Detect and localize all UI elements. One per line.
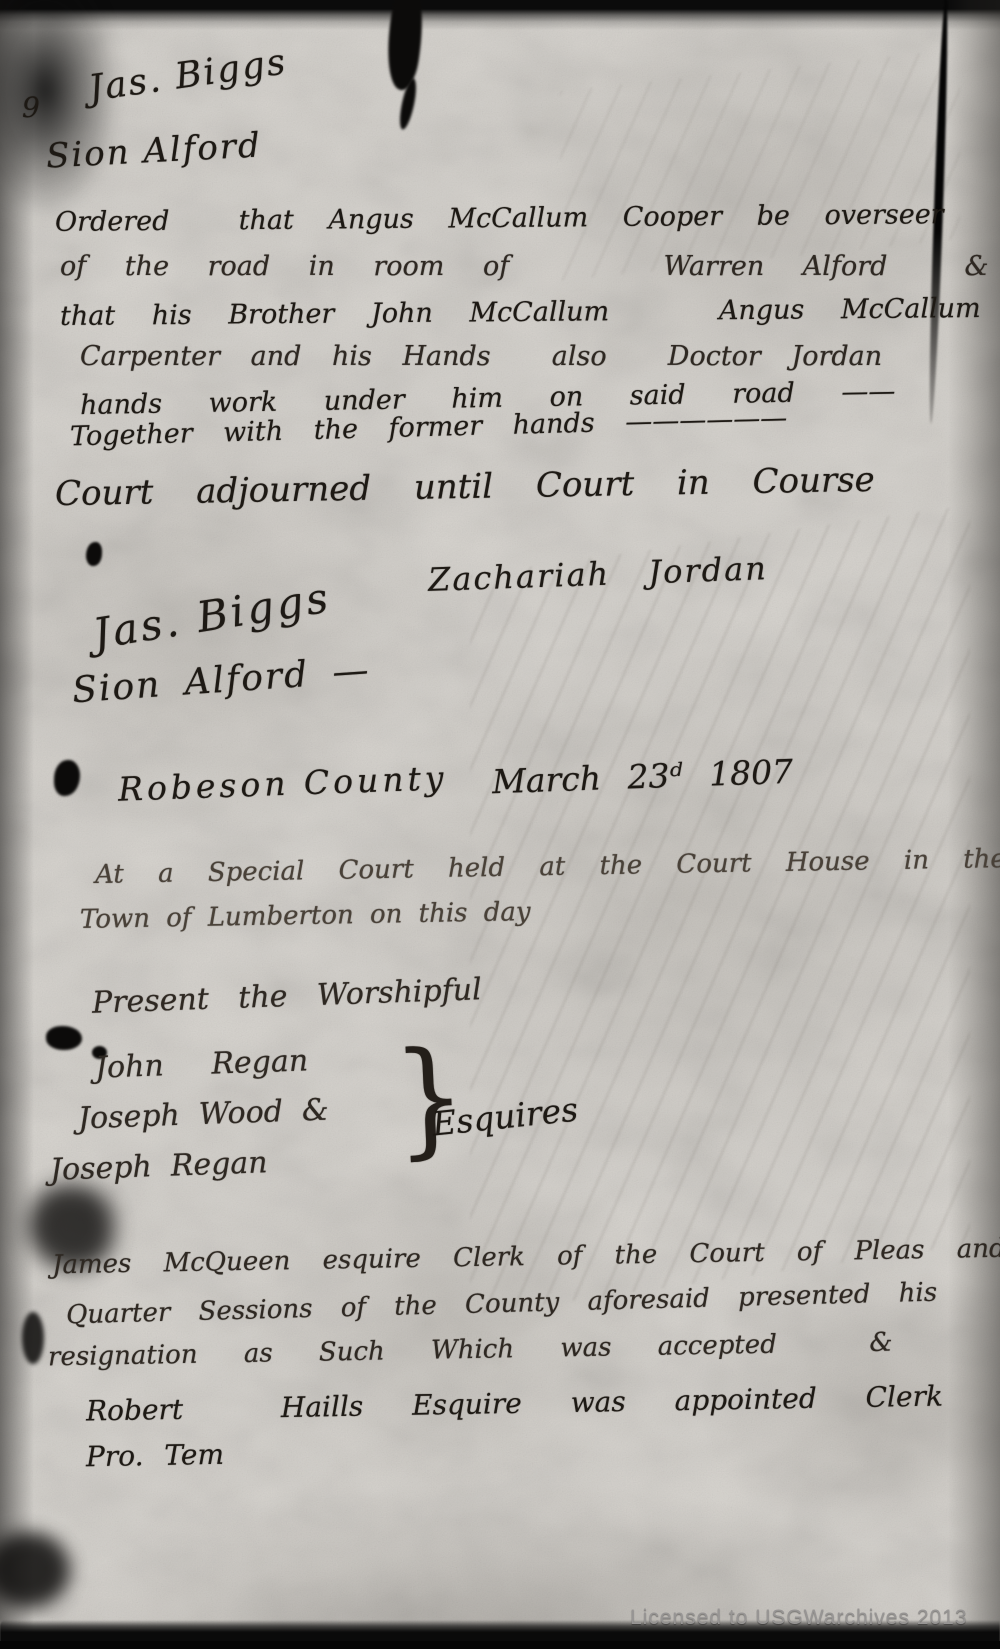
justice-name: John Regan [94, 1044, 308, 1086]
clerk-resignation-line: Quarter Sessions of the County aforesaid… [66, 1279, 938, 1332]
clerk-resignation-line: James McQueen esquire Clerk of the Court… [52, 1235, 1000, 1282]
esquires-brace: } [391, 1033, 468, 1162]
margin-mark: 9 [22, 92, 40, 124]
ink-spot [54, 760, 80, 796]
signature-biggs: Jas. Biggs [90, 574, 334, 659]
order-line: Ordered that Angus McCallum Cooper be ov… [55, 199, 944, 238]
top-signature-alford: Sion Alford [45, 126, 263, 176]
justice-name: Joseph Regan [49, 1146, 268, 1188]
present-line: Present the Worshipful [92, 973, 483, 1021]
scan-corner-shadow [0, 0, 120, 220]
signature-alford: Sion Alford — [71, 650, 372, 712]
bleedthrough-ghost-writing [470, 505, 970, 1315]
bleedthrough-ghost-writing [560, 49, 960, 281]
county-heading: Robeson County [117, 759, 448, 808]
ink-spot [46, 1026, 82, 1050]
court-session-line: Town of Lumberton on this day [80, 898, 531, 936]
scan-edge-top [0, 0, 1000, 30]
ink-spot [86, 542, 102, 566]
clerk-resignation-line: resignation as Such Which was accepted & [48, 1329, 893, 1374]
clerk-appointment-line: Pro. Tem [86, 1439, 225, 1474]
ink-blot-tail [397, 77, 420, 130]
scanned-document-page: 9 Jas. Biggs Sion Alford Ordered that An… [0, 0, 1000, 1649]
usgwarchives-watermark: Licensed to USGWarchives 2013 [630, 1606, 968, 1630]
signature-jordan: Zachariah Jordan [427, 550, 768, 599]
order-line: Carpenter and his Hands also Doctor Jord… [80, 341, 882, 372]
date-heading: March 23ᵈ 1807 [491, 753, 793, 801]
order-line: that his Brother John McCallum Angus McC… [60, 293, 981, 332]
justice-name: Joseph Wood & [77, 1094, 329, 1137]
scan-edge-right [948, 0, 1000, 1649]
scan-edge-left [0, 0, 34, 1649]
adjournment-line: Court adjourned until Court in Course [55, 461, 875, 514]
court-session-line: At a Special Court held at the Court Hou… [95, 845, 1000, 891]
order-line: of the road in room of Warren Alford & [60, 251, 989, 282]
clerk-appointment-line: Robert Haills Esquire was appointed Cler… [86, 1381, 943, 1428]
scan-edge-bottom-line [0, 1641, 1000, 1649]
